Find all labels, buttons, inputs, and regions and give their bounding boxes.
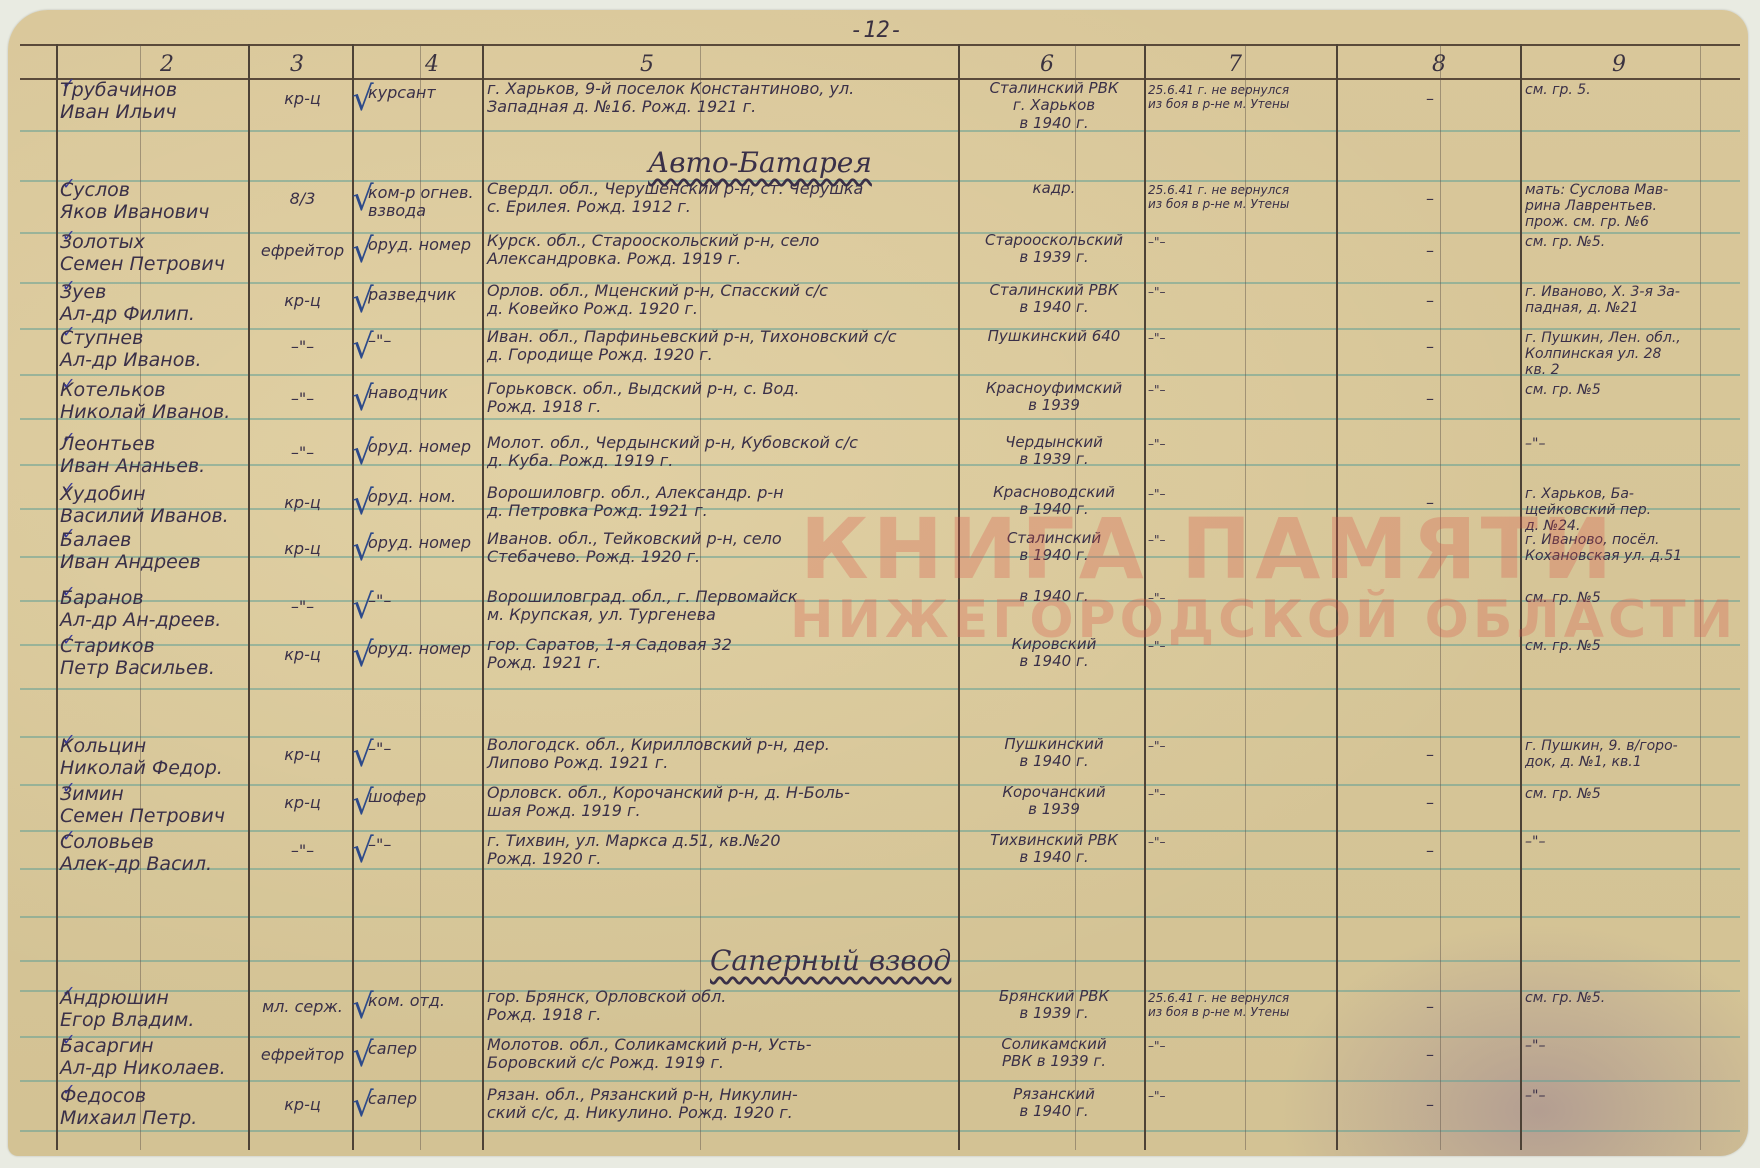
soldier-rank: –"– <box>255 338 350 356</box>
soldier-rank: кр-ц <box>255 292 350 310</box>
relatives-address: г. Пушкин, 9. в/горо- док, д. №1, кв.1 <box>1525 738 1740 770</box>
drafted-by: Сталинский РВК г. Харьков в 1940 г. <box>964 80 1144 132</box>
soldier-name: Андрюшин Егор Владим. <box>60 988 250 1032</box>
soldier-position: оруд. номер <box>368 236 478 254</box>
soldier-name: Суслов Яков Иванович <box>60 180 250 224</box>
birthplace-address: Орлов. обл., Мценский р-н, Спасский с/с … <box>487 282 957 319</box>
soldier-rank: –"– <box>255 598 350 616</box>
soldier-position: –"– <box>368 592 478 610</box>
drafted-by: Рязанский в 1940 г. <box>964 1086 1144 1121</box>
column-8-value: – <box>1340 1046 1520 1064</box>
fate-record: 25.6.41 г. не вернулся из боя в р-не м. … <box>1148 992 1328 1020</box>
soldier-rank: –"– <box>255 390 350 408</box>
soldier-position: –"– <box>368 836 478 854</box>
soldier-position: шофер <box>368 788 478 806</box>
column-8-value: – <box>1340 90 1520 108</box>
birthplace-address: г. Тихвин, ул. Маркса д.51, кв.№20 Рожд.… <box>487 832 957 869</box>
section-heading-sapper-platoon: Саперный взвод <box>710 944 951 977</box>
soldier-name: Зуев Ал-др Филип. <box>60 282 250 326</box>
column-8-value: – <box>1340 794 1520 812</box>
column-8-value: – <box>1340 292 1520 310</box>
soldier-name: Басаргин Ал-др Николаев. <box>60 1036 250 1080</box>
soldier-rank: кр-ц <box>255 540 350 558</box>
fate-record: 25.6.41 г. не вернулся из боя в р-не м. … <box>1148 84 1328 112</box>
fate-record: –"– <box>1148 384 1328 398</box>
soldier-position: разведчик <box>368 286 478 304</box>
birthplace-address: Иван. обл., Парфиньевский р-н, Тихоновск… <box>487 328 957 365</box>
relatives-address: г. Иваново, Х. 3-я За- падная, д. №21 <box>1525 284 1740 316</box>
fate-record: –"– <box>1148 1040 1328 1054</box>
ruling-line <box>20 1130 1740 1132</box>
soldier-position: –"– <box>368 740 478 758</box>
fate-record: –"– <box>1148 286 1328 300</box>
ruling-line <box>20 418 1740 420</box>
soldier-name: Леонтьев Иван Ананьев. <box>60 434 250 478</box>
soldier-position: сапер <box>368 1040 478 1058</box>
soldier-position: ком-р огнев. взвода <box>368 184 478 221</box>
fate-record: –"– <box>1148 788 1328 802</box>
soldier-position: ком. отд. <box>368 992 478 1010</box>
soldier-position: наводчик <box>368 384 478 402</box>
soldier-name: Соловьев Алек-др Васил. <box>60 832 250 876</box>
soldier-rank: кр-ц <box>255 746 350 764</box>
relatives-address: –"– <box>1525 1038 1740 1054</box>
watermark-title: КНИГА ПАМЯТИ <box>800 500 1616 598</box>
soldier-rank: –"– <box>255 842 350 860</box>
ruling-line <box>20 916 1740 918</box>
soldier-name: Трубачинов Иван Ильич <box>60 80 250 124</box>
column-number-5: 5 <box>640 52 654 77</box>
column-8-value: – <box>1340 242 1520 260</box>
relatives-address: см. гр. 5. <box>1525 82 1740 98</box>
soldier-rank: мл. серж. <box>255 998 350 1016</box>
soldier-rank: –"– <box>255 444 350 462</box>
fate-record: –"– <box>1148 236 1328 250</box>
soldier-rank: кр-ц <box>255 1096 350 1114</box>
drafted-by: Корочанский в 1939 <box>964 784 1144 819</box>
soldier-name: Баранов Ал-др Ан-дреев. <box>60 588 250 632</box>
birthplace-address: Вологодск. обл., Кирилловский р-н, дер. … <box>487 736 957 773</box>
column-8-value: – <box>1340 842 1520 860</box>
column-number-9: 9 <box>1612 52 1626 77</box>
birthplace-address: Молот. обл., Чердынский р-н, Кубовской с… <box>487 434 957 471</box>
relatives-address: –"– <box>1525 834 1740 850</box>
fate-record: –"– <box>1148 740 1328 754</box>
drafted-by: Сталинский РВК в 1940 г. <box>964 282 1144 317</box>
ruling-line <box>20 44 1740 46</box>
drafted-by: Пушкинский в 1940 г. <box>964 736 1144 771</box>
fate-record: –"– <box>1148 332 1328 346</box>
soldier-name: Золотых Семен Петрович <box>60 232 250 276</box>
soldier-position: оруд. номер <box>368 640 478 658</box>
column-8-value: – <box>1340 1096 1520 1114</box>
soldier-name: Кольцин Николай Федор. <box>60 736 250 780</box>
soldier-rank: ефрейтор <box>255 1046 350 1064</box>
watermark-subtitle: НИЖЕГОРОДСКОЙ ОБЛАСТИ <box>790 590 1737 650</box>
fate-record: –"– <box>1148 836 1328 850</box>
column-8-value: – <box>1340 746 1520 764</box>
birthplace-address: Рязан. обл., Рязанский р-н, Никулин- ски… <box>487 1086 957 1123</box>
column-8-value: – <box>1340 390 1520 408</box>
column-8-value: – <box>1340 190 1520 208</box>
soldier-name: Балаев Иван Андреев <box>60 530 250 574</box>
relatives-address: см. гр. №5. <box>1525 234 1740 250</box>
soldier-name: Зимин Семен Петрович <box>60 784 250 828</box>
ruling-line <box>20 1080 1740 1082</box>
birthplace-address: Орловск. обл., Корочанский р-н, д. Н-Бол… <box>487 784 957 821</box>
relatives-address: см. гр. №5. <box>1525 990 1740 1006</box>
soldier-rank: кр-ц <box>255 794 350 812</box>
column-number-4: 4 <box>425 52 439 77</box>
relatives-address: –"– <box>1525 1088 1740 1104</box>
soldier-rank: кр-ц <box>255 646 350 664</box>
relatives-address: см. гр. №5 <box>1525 786 1740 802</box>
soldier-name: Федосов Михаил Петр. <box>60 1086 250 1130</box>
drafted-by: Красноуфимский в 1939 <box>964 380 1144 415</box>
soldier-position: –"– <box>368 332 478 350</box>
column-number-7: 7 <box>1228 52 1242 77</box>
drafted-by: кадр. <box>964 180 1144 197</box>
soldier-rank: кр-ц <box>255 494 350 512</box>
soldier-rank: 8/3 <box>255 190 350 208</box>
column-8-value: – <box>1340 338 1520 356</box>
relatives-address: см. гр. №5 <box>1525 382 1740 398</box>
soldier-name: Котельков Николай Иванов. <box>60 380 250 424</box>
fate-record: –"– <box>1148 1090 1328 1104</box>
section-heading-auto-battery: Авто-Батарея <box>648 146 872 179</box>
relatives-address: г. Пушкин, Лен. обл., Колпинская ул. 28 … <box>1525 330 1740 378</box>
column-8-value: – <box>1340 998 1520 1016</box>
soldier-name: Ступнев Ал-др Иванов. <box>60 328 250 372</box>
relatives-address: –"– <box>1525 436 1740 452</box>
soldier-position: курсант <box>368 84 478 102</box>
column-number-2: 2 <box>160 52 174 77</box>
column-number-8: 8 <box>1432 52 1446 77</box>
soldier-rank: кр-ц <box>255 90 350 108</box>
drafted-by: Старооскольский в 1939 г. <box>964 232 1144 267</box>
column-divider <box>56 44 58 1150</box>
fate-record: 25.6.41 г. не вернулся из боя в р-не м. … <box>1148 184 1328 212</box>
ruling-line <box>20 374 1740 376</box>
ruling-line <box>20 130 1740 132</box>
drafted-by: Чердынский в 1939 г. <box>964 434 1144 469</box>
soldier-position: оруд. номер <box>368 438 478 456</box>
drafted-by: Тихвинский РВК в 1940 г. <box>964 832 1144 867</box>
birthplace-address: Курск. обл., Старооскольский р-н, село А… <box>487 232 957 269</box>
soldier-position: сапер <box>368 1090 478 1108</box>
soldier-rank: ефрейтор <box>255 242 350 260</box>
drafted-by: Соликамский РВК в 1939 г. <box>964 1036 1144 1071</box>
soldier-position: оруд. ном. <box>368 488 478 506</box>
soldier-position: оруд. номер <box>368 534 478 552</box>
birthplace-address: Свердл. обл., Черушенский р-н, ст. Черуш… <box>487 180 957 217</box>
ruling-line <box>20 688 1740 690</box>
column-divider <box>482 44 484 1150</box>
fate-record: –"– <box>1148 438 1328 452</box>
birthplace-address: Горьковск. обл., Выдский р-н, с. Вод. Ро… <box>487 380 957 417</box>
column-number-3: 3 <box>290 52 304 77</box>
drafted-by: Брянский РВК в 1939 г. <box>964 988 1144 1023</box>
birthplace-address: г. Харьков, 9-й поселок Константиново, у… <box>487 80 957 117</box>
soldier-name: Худобин Василий Иванов. <box>60 484 250 528</box>
birthplace-address: Молотов. обл., Соликамский р-н, Усть- Бо… <box>487 1036 957 1073</box>
relatives-address: мать: Суслова Мав- рина Лаврентьев. прож… <box>1525 182 1740 230</box>
birthplace-address: гор. Брянск, Орловской обл. Рожд. 1918 г… <box>487 988 957 1025</box>
page-number: -12- <box>850 18 903 43</box>
column-number-6: 6 <box>1040 52 1054 77</box>
drafted-by: Пушкинский 640 <box>964 328 1144 345</box>
soldier-name: Стариков Петр Васильев. <box>60 636 250 680</box>
